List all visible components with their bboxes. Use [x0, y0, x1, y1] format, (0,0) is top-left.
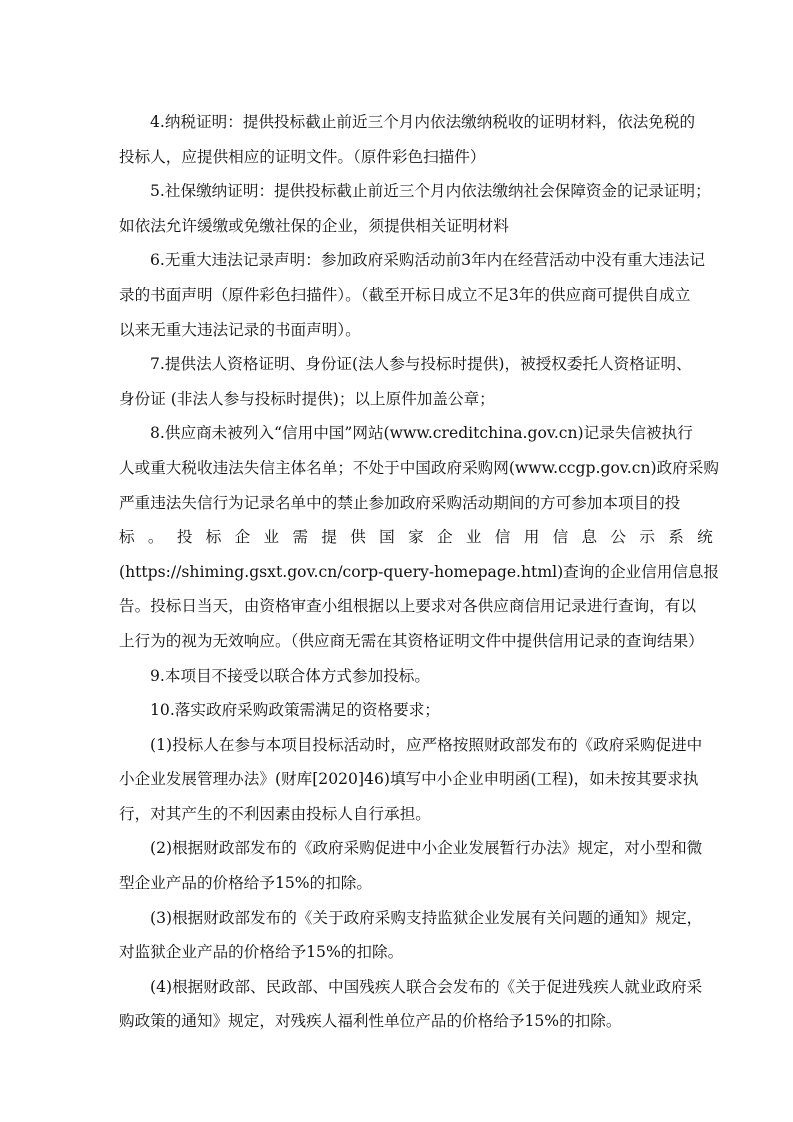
text-line: (https://shiming.gsxt.gov.cn/corp-query-… [119, 555, 713, 590]
paragraph-policy-requirements: 10.落实政府采购政策需满足的资格要求； [119, 693, 713, 728]
spread-char: 供 [350, 520, 366, 555]
text-line: 上行为的视为无效响应。（供应商无需在其资格证明文件中提供信用记录的查询结果） [119, 624, 713, 659]
paragraph-legal-person-certificate: 7.提供法人资格证明、身份证(法人参与投标时提供)，被授权委托人资格证明、 身份… [119, 347, 713, 416]
text-line: (3)根据财政部发布的《关于政府采购支持监狱企业发展有关问题的通知》规定， [119, 901, 713, 936]
paragraph-no-violation-statement: 6.无重大违法记录声明：参加政府采购活动前3年内在经营活动中没有重大违法记 录的… [119, 243, 713, 347]
text-line: (1)投标人在参与本项目投标活动时，应严格按照财政部发布的《政府采购促进中 [119, 728, 713, 763]
spread-char: 国 [379, 520, 395, 555]
text-line: 对监狱企业产品的价格给予15%的扣除。 [119, 935, 713, 970]
paragraph-tax-certificate: 4.纳税证明：提供投标截止前近三个月内依法缴纳税收的证明材料，依法免税的 投标人… [119, 105, 713, 174]
text-line: 告。投标日当天，由资格审查小组根据以上要求对各供应商信用记录进行查询，有以 [119, 589, 713, 624]
spread-char: 息 [582, 520, 598, 555]
spread-char: 示 [639, 520, 655, 555]
text-line: 9.本项目不接受以联合体方式参加投标。 [119, 659, 713, 694]
spread-char: 信 [495, 520, 511, 555]
spread-char: 企 [437, 520, 453, 555]
spread-char: 投 [177, 520, 193, 555]
spread-char: 标 [119, 520, 135, 555]
text-line: (2)根据财政部发布的《政府采购促进中小企业发展暂行办法》规定，对小型和微 [119, 831, 713, 866]
spread-char: 。 [148, 520, 164, 555]
text-line: 6.无重大违法记录声明：参加政府采购活动前3年内在经营活动中没有重大违法记 [119, 243, 713, 278]
text-line: 严重违法失信行为记录名单中的禁止参加政府采购活动期间的方可参加本项目的投 [119, 486, 713, 521]
spread-char: 系 [668, 520, 684, 555]
paragraph-credit-record: 8.供应商未被列入“信用中国”网站(www.creditchina.gov.cn… [119, 416, 713, 658]
spread-char: 需 [292, 520, 308, 555]
text-line: 8.供应商未被列入“信用中国”网站(www.creditchina.gov.cn… [119, 416, 713, 451]
paragraph-small-micro-discount: (2)根据财政部发布的《政府采购促进中小企业发展暂行办法》规定，对小型和微 型企… [119, 831, 713, 900]
paragraph-social-security-certificate: 5.社保缴纳证明：提供投标截止前近三个月内依法缴纳社会保障资金的记录证明； 如依… [119, 174, 713, 243]
spread-char: 企 [235, 520, 251, 555]
paragraph-prison-enterprise-discount: (3)根据财政部发布的《关于政府采购支持监狱企业发展有关问题的通知》规定， 对监… [119, 901, 713, 970]
text-line: 投标人，应提供相应的证明文件。（原件彩色扫描件） [119, 140, 713, 175]
document-page: 4.纳税证明：提供投标截止前近三个月内依法缴纳税收的证明材料，依法免税的 投标人… [119, 105, 713, 1039]
text-line: 如依法允许缓缴或免缴社保的企业，须提供相关证明材料 [119, 209, 713, 244]
paragraph-no-consortium: 9.本项目不接受以联合体方式参加投标。 [119, 659, 713, 694]
text-line: (4)根据财政部、民政部、中国残疾人联合会发布的《关于促进残疾人就业政府采 [119, 970, 713, 1005]
paragraph-disabled-welfare-discount: (4)根据财政部、民政部、中国残疾人联合会发布的《关于促进残疾人就业政府采 购政… [119, 970, 713, 1039]
spread-char: 家 [408, 520, 424, 555]
text-line: 以来无重大违法记录的书面声明）。 [119, 313, 713, 348]
text-line: 购政策的通知》规定，对残疾人福利性单位产品的价格给予15%的扣除。 [119, 1004, 713, 1039]
spread-char: 标 [206, 520, 222, 555]
text-line: 4.纳税证明：提供投标截止前近三个月内依法缴纳税收的证明材料，依法免税的 [119, 105, 713, 140]
paragraph-sme-declaration: (1)投标人在参与本项目投标活动时，应严格按照财政部发布的《政府采购促进中 小企… [119, 728, 713, 832]
spread-char: 业 [466, 520, 482, 555]
spread-char: 统 [697, 520, 713, 555]
spread-char: 信 [553, 520, 569, 555]
text-line: 10.落实政府采购政策需满足的资格要求； [119, 693, 713, 728]
text-line-spread: 标 。 投 标 企 业 需 提 供 国 家 企 业 信 用 信 息 公 示 系 … [119, 520, 713, 555]
text-line: 录的书面声明（原件彩色扫描件）。（截至开标日成立不足3年的供应商可提供自成立 [119, 278, 713, 313]
spread-char: 业 [264, 520, 280, 555]
text-line: 7.提供法人资格证明、身份证(法人参与投标时提供)，被授权委托人资格证明、 [119, 347, 713, 382]
text-line: 行，对其产生的不利因素由投标人自行承担。 [119, 797, 713, 832]
text-line: 身份证 (非法人参与投标时提供)；以上原件加盖公章； [119, 382, 713, 417]
text-line: 5.社保缴纳证明：提供投标截止前近三个月内依法缴纳社会保障资金的记录证明； [119, 174, 713, 209]
spread-char: 公 [610, 520, 626, 555]
text-line: 小企业发展管理办法》(财库[2020]46)填写中小企业申明函(工程)，如未按其… [119, 762, 713, 797]
spread-char: 用 [524, 520, 540, 555]
text-line: 人或重大税收违法失信主体名单；不处于中国政府采购网(www.ccgp.gov.c… [119, 451, 713, 486]
spread-char: 提 [321, 520, 337, 555]
text-line: 型企业产品的价格给予15%的扣除。 [119, 866, 713, 901]
